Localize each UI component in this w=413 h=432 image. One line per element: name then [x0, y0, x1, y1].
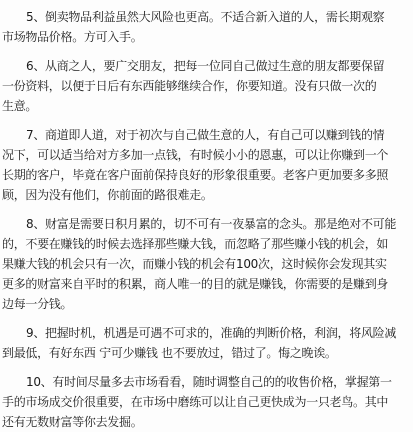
paragraph-item-8: 8、财富是需要日积月累的，切不可有一夜暴富的念头。那是绝对不可能 的，不要在赚钱…	[2, 214, 409, 314]
paragraph-item-7: 7、商道即人道，对于初次与自己做生意的人，有自己可以赚到钱的情 况下，可以适当给…	[2, 125, 409, 205]
paragraph-item-9: 9、把握时机，机遇是可遇不可求的，准确的判断价格，利润，将风险减 到最低，有好东…	[2, 323, 409, 363]
paragraph-item-6: 6、从商之人，要广交朋友，把每一位同自己做过生意的朋友都要保留 一份资料，以便于…	[2, 56, 409, 116]
paragraph-item-10: 10、有时间尽量多去市场看看，随时调整自己的的收售价格，掌握第一 手的市场成交价…	[2, 372, 409, 432]
paragraph-item-5: 5、倒卖物品利益虽然大风险也更高。不适合新入道的人，需长期观察 市场物品价格。方…	[2, 7, 409, 47]
document-page: 5、倒卖物品利益虽然大风险也更高。不适合新入道的人，需长期观察 市场物品价格。方…	[0, 0, 413, 432]
